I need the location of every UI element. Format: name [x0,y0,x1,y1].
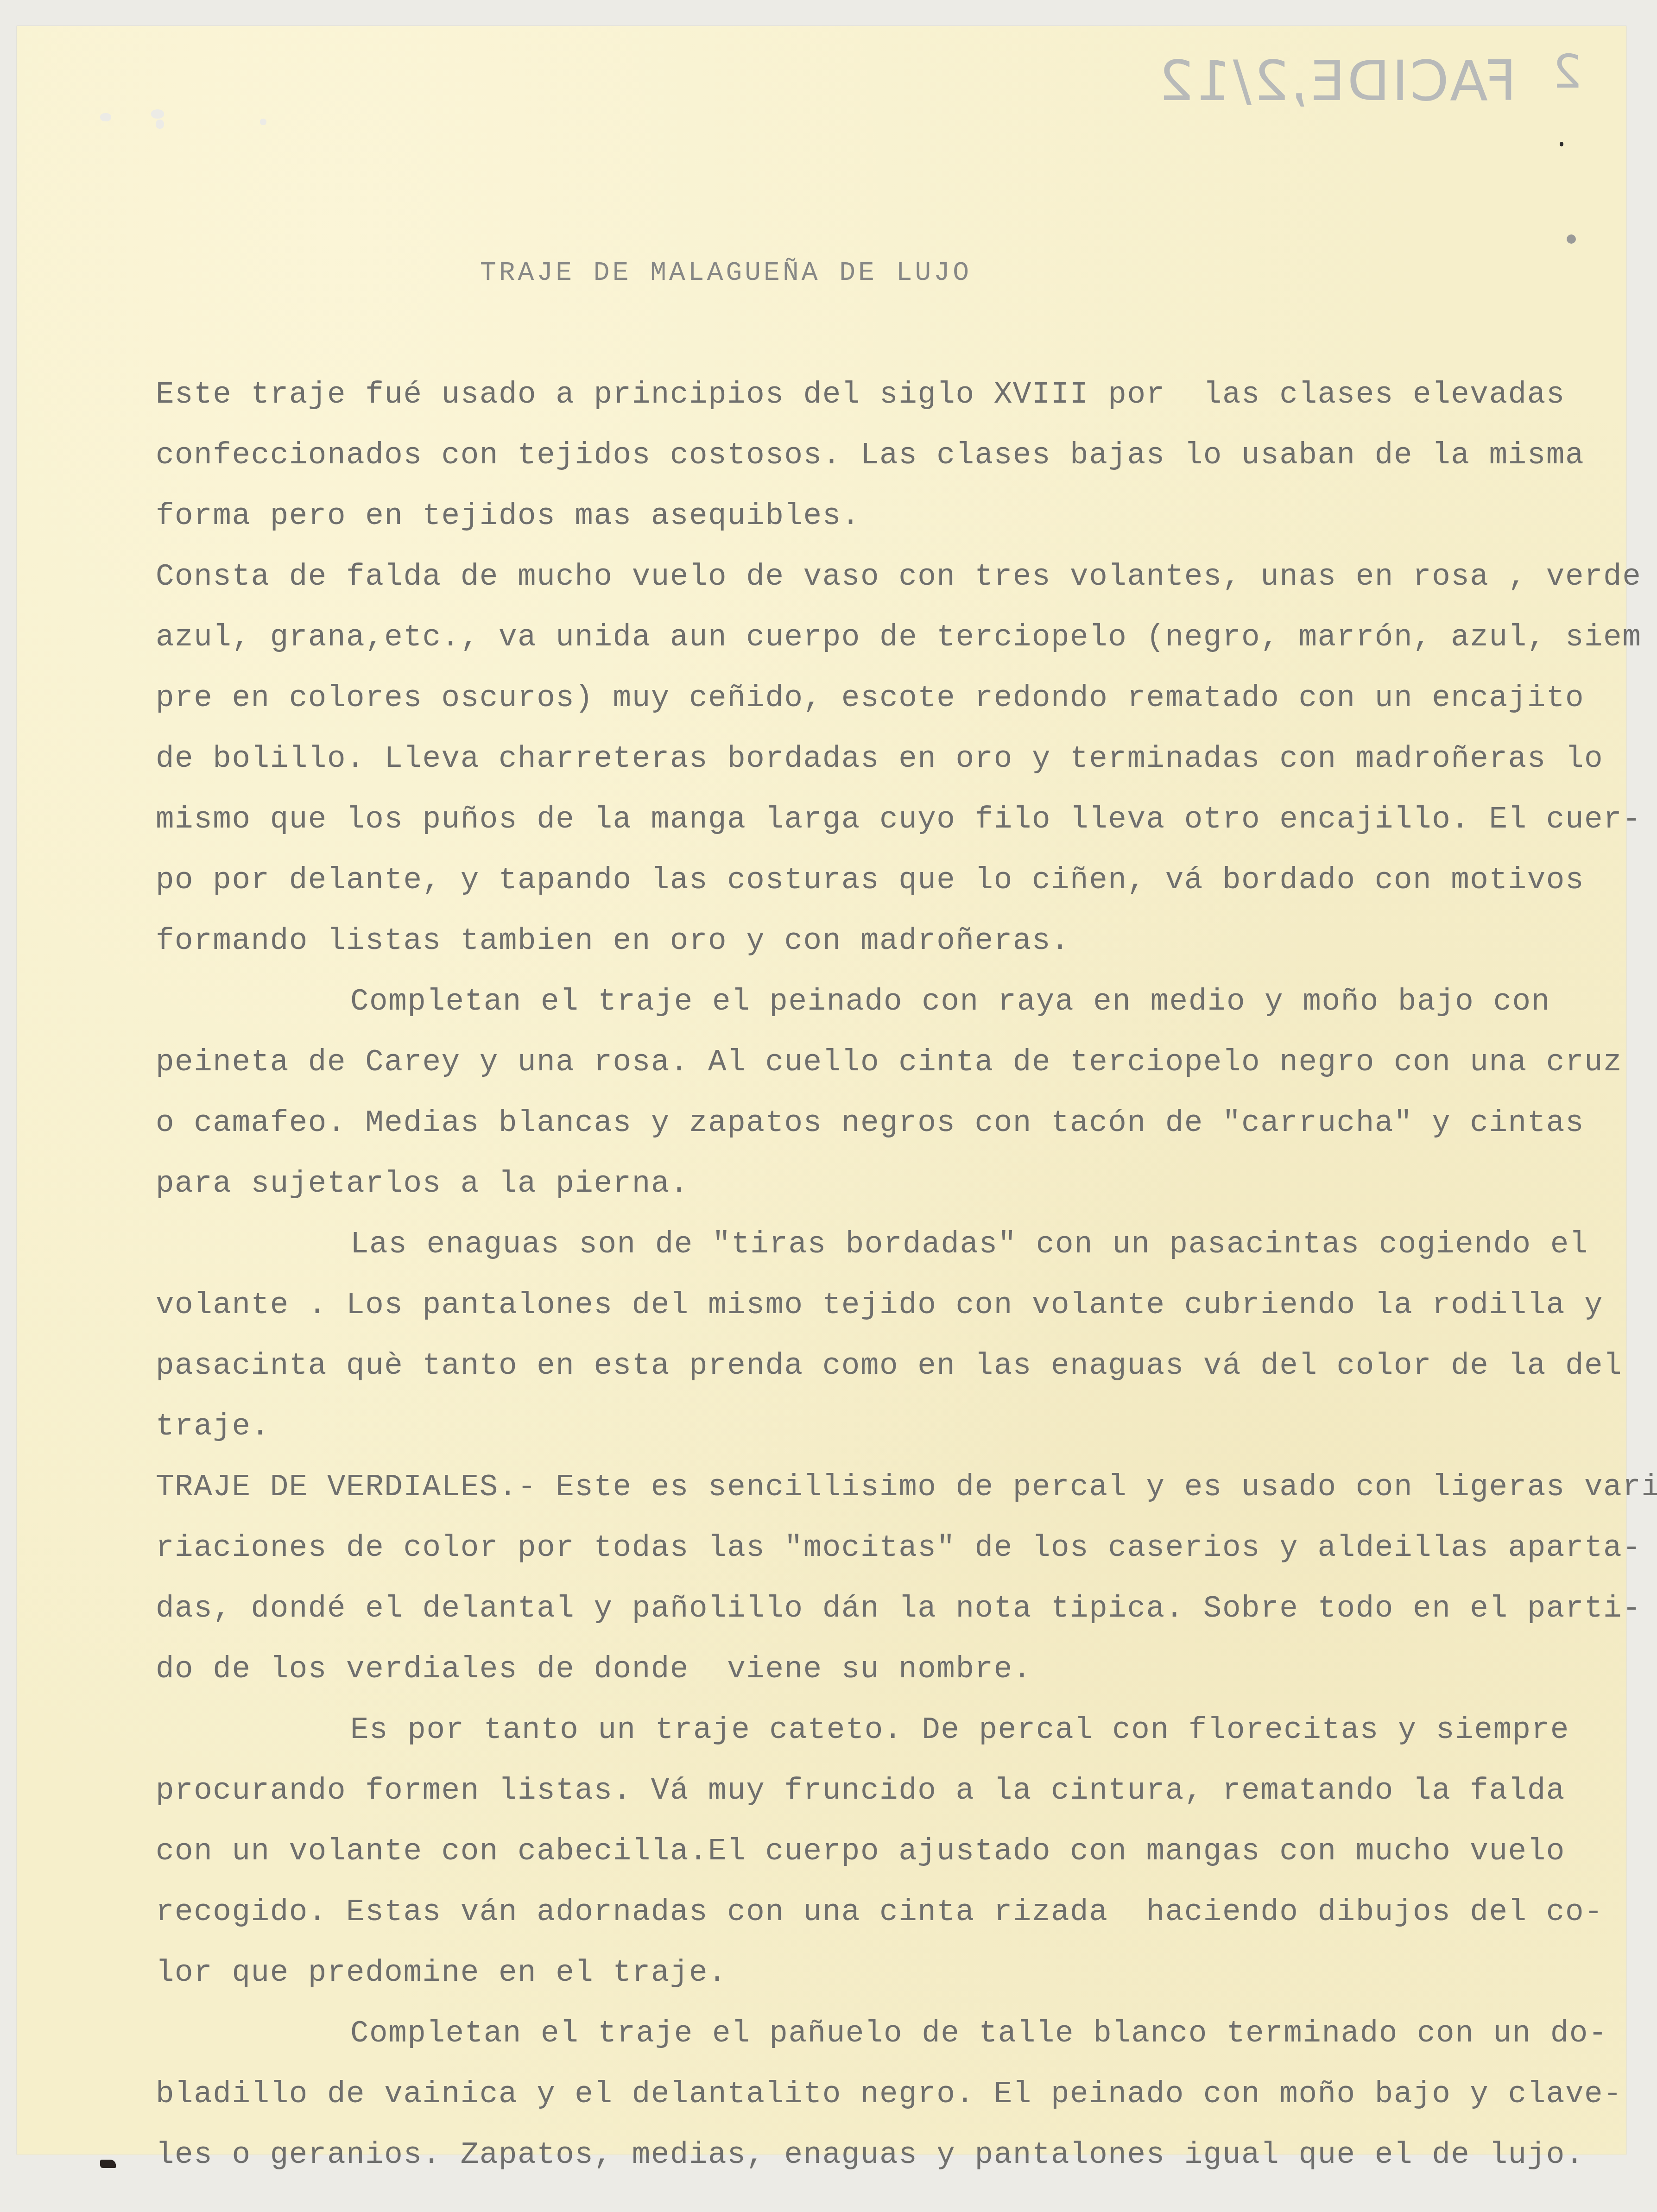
document-line: azul, grana,etc., va unida aun cuerpo de… [156,607,1657,668]
document-line: pre en colores oscuros) muy ceñido, esco… [156,668,1657,728]
document-line: de bolillo. Lleva charreteras bordadas e… [156,728,1657,789]
document-line: Completan el traje el pañuelo de talle b… [156,2003,1657,2064]
document-line: Es por tanto un traje cateto. De percal … [156,1700,1657,1760]
document-line: Consta de falda de mucho vuelo de vaso c… [156,546,1657,607]
document-line: traje. [156,1396,1657,1457]
document-title: TRAJE DE MALAGUEÑA DE LUJO [480,243,972,303]
document-line: volante . Los pantalones del mismo tejid… [156,1275,1657,1335]
document-line: recogido. Estas ván adornadas con una ci… [156,1882,1657,1942]
document-page: FACIDE,2/12 2 TRAJE DE MALAGUEÑA DE LUJO… [17,26,1626,2155]
document-line: riaciones de color por todas las "mocita… [156,1517,1657,1578]
document-line: peineta de Carey y una rosa. Al cuello c… [156,1032,1657,1093]
document-line: con un volante con cabecilla.El cuerpo a… [156,1821,1657,1882]
document-line: procurando formen listas. Vá muy fruncid… [156,1760,1657,1821]
document-line: formando listas tambien en oro y con mad… [156,910,1657,971]
document-line: Las enaguas son de "tiras bordadas" con … [156,1214,1657,1275]
ink-blot [100,2160,116,2168]
pencil-mark: 2 [1550,44,1582,99]
document-line: do de los verdiales de donde viene su no… [156,1639,1657,1700]
document-line: confeccionados con tejidos costosos. Las… [156,425,1657,486]
document-line: lor que predomine en el traje. [156,1942,1657,2003]
document-line: bladillo de vainica y el delantalito neg… [156,2064,1657,2124]
document-line: forma pero en tejidos mas asequibles. [156,486,1657,546]
paper-damage [100,109,295,137]
ink-spot [1567,234,1576,244]
document-line: TRAJE DE VERDIALES.- Este es sencillisim… [156,1457,1657,1517]
document-line: pasacinta què tanto en esta prenda como … [156,1335,1657,1396]
document-line: para sujetarlos a la pierna. [156,1153,1657,1214]
document-line: Completan el traje el peinado con raya e… [156,971,1657,1032]
archive-reference: FACIDE,2/12 [1157,49,1517,114]
document-line: o camafeo. Medias blancas y zapatos negr… [156,1093,1657,1153]
ink-spot [1560,142,1563,146]
document-line: po por delante, y tapando las costuras q… [156,850,1657,910]
document-line: Este traje fué usado a principios del si… [156,364,1657,425]
document-line: das, dondé el delantal y pañolillo dán l… [156,1578,1657,1639]
document-body: Este traje fué usado a principios del si… [156,364,1657,2185]
document-line: les o geranios. Zapatos, medias, enaguas… [156,2124,1657,2185]
document-line: mismo que los puños de la manga larga cu… [156,789,1657,850]
